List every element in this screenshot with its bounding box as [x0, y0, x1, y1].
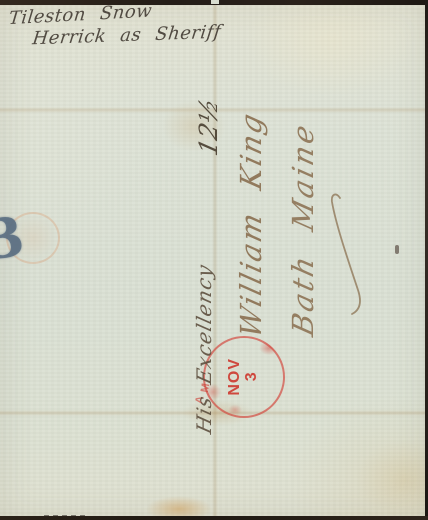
scan-border-notch	[211, 0, 219, 4]
postage-rate: 12½	[194, 95, 223, 158]
margin-numeral: 3	[0, 203, 29, 273]
address-block: His Excellency 12½ William King Bath Mai…	[180, 95, 370, 435]
ink-speck-right-edge	[395, 245, 399, 254]
sender-annotation: Tileston Snow Herrick as Sheriff	[5, 0, 224, 52]
ink-flourish-swash	[326, 188, 366, 320]
stain-bottom-right	[356, 440, 428, 520]
addressee-name: William King	[234, 108, 268, 341]
address-place: Bath Maine	[286, 119, 320, 340]
scan-border-bottom	[0, 516, 428, 520]
scanned-letter: Tileston Snow Herrick as Sheriff NOV 3 A…	[0, 0, 428, 520]
address-honorific: His Excellency	[192, 262, 216, 436]
